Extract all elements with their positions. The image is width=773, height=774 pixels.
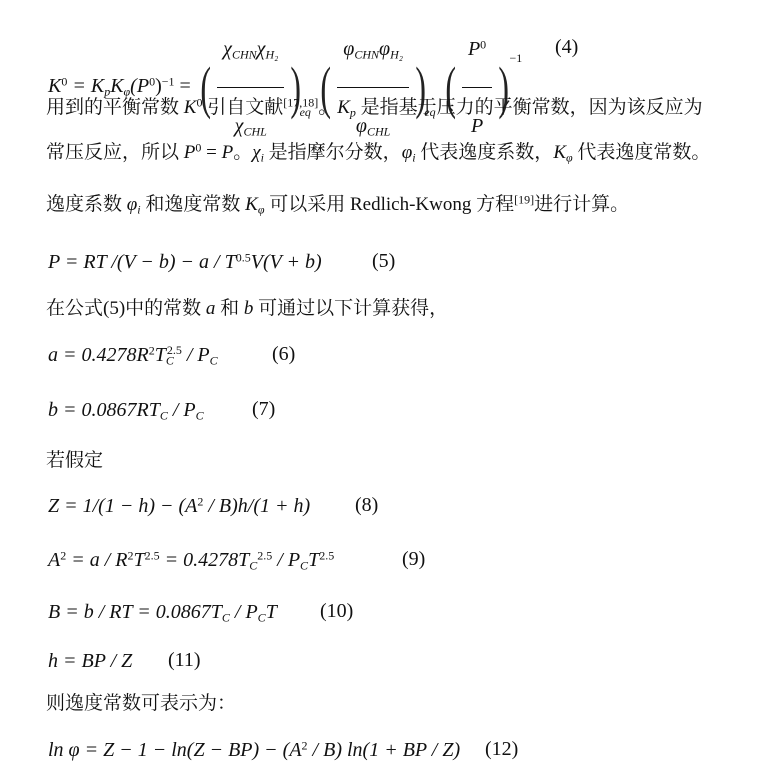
p2-kphi-sub: φ — [566, 151, 573, 165]
p3-kphi: K — [245, 194, 258, 215]
eq6-a: a = 0.4278R — [48, 344, 149, 366]
equation-number-12: (12) — [485, 738, 518, 761]
eq5-sup: 0.5 — [236, 250, 251, 264]
phi-chn-sub: CHN — [354, 48, 379, 62]
p2-phi: φ — [402, 142, 413, 163]
eq7-tail: / P — [168, 399, 196, 421]
equation-4: K0 = KpKφ(P0)−1 = ( χCHNχH₂ χCHL )eq ( φ… — [48, 14, 522, 84]
paragraph-6: 则逸度常数可表示为： — [46, 692, 236, 716]
citation-17-18: [17,18] — [283, 95, 318, 109]
eq4-equals: = — [180, 75, 191, 97]
eq4-p0-close: ) — [155, 75, 162, 97]
p2-p-rhs: P — [222, 142, 234, 163]
chi-chn-sub: CHN — [232, 48, 257, 62]
p3-text-3: 可以采用 Redlich-Kwong 方程 — [264, 194, 514, 215]
eq7-a: b = 0.0867RT — [48, 399, 160, 421]
equation-number-8: (8) — [355, 494, 378, 517]
eq9-sup-c: 2.5 — [145, 548, 160, 562]
paragraph-5: 若假定 — [46, 449, 103, 473]
p1-kp: K — [337, 97, 350, 118]
eq6-tail: / P — [182, 344, 210, 366]
phi-h2: φ — [379, 38, 390, 60]
eq5-tail: V(V + b) — [251, 251, 322, 273]
phi-chl-sub: CHL — [367, 125, 390, 139]
equation-number-9: (9) — [402, 548, 425, 571]
p4-text-1: 在公式(5)中的常数 — [46, 298, 206, 319]
equation-10: B = b / RT = 0.0867TC / PCT — [48, 600, 277, 624]
equation-number-5: (5) — [372, 250, 395, 273]
eq4-kphi: K — [110, 75, 123, 97]
eq9-a: A — [48, 549, 60, 571]
p1-text-1: 用到的平衡常数 — [46, 97, 184, 118]
fraction-phi: φCHNφH₂ φCHL — [337, 14, 409, 161]
eq9-b: = a / R — [66, 549, 127, 571]
eq4-p0: (P — [130, 75, 149, 97]
p0-num: P — [468, 38, 480, 60]
eq12-a: ln φ = Z − 1 − ln(Z − BP) − (A — [48, 739, 302, 761]
eq4-lhs-sup: 0 — [61, 75, 67, 89]
eq6-sup2: 2.5 — [167, 343, 182, 357]
p1-text-3: 。 — [318, 97, 337, 118]
p3-phi: φ — [127, 194, 138, 215]
eq4-lhs: K — [48, 75, 61, 97]
equation-number-6: (6) — [272, 343, 295, 366]
p4-b: b — [244, 298, 254, 319]
chi-chn: χ — [223, 38, 232, 60]
p1-k: K — [184, 97, 197, 118]
p4-a: a — [206, 298, 216, 319]
phi-chn: φ — [343, 38, 354, 60]
fraction-p: P0 P — [462, 14, 492, 161]
eq10-sub-a: C — [222, 611, 230, 625]
eq7-tail-sub: C — [196, 409, 204, 423]
p2-chi: χ — [252, 142, 260, 163]
eq8-text-1: Z = 1/(1 − h) − (A — [48, 495, 197, 517]
p3-text-4: 进行计算。 — [534, 194, 629, 215]
outer-exponent: −1 — [509, 23, 522, 93]
eq9-d: = 0.4278T — [160, 549, 250, 571]
paragraph-4: 在公式(5)中的常数 a 和 b 可通过以下计算获得， — [46, 297, 448, 321]
eq4-p0-exp: −1 — [162, 75, 175, 89]
paragraph-1: 用到的平衡常数 K0 引自文献[17,18]。Kp 是指基于压力的平衡常数，因为… — [46, 96, 703, 120]
p3-text-2: 和逸度常数 — [141, 194, 246, 215]
p4-text-3: 可通过以下计算获得， — [253, 298, 448, 319]
eq6-tail-sub: C — [210, 354, 218, 368]
p3-text-1: 逸度系数 — [46, 194, 127, 215]
phi-h2-sub: H₂ — [390, 48, 403, 62]
eq10-c: T — [266, 601, 277, 623]
eq6-t: T — [155, 344, 166, 366]
equation-11: h = BP / Z — [48, 649, 132, 673]
equation-8: Z = 1/(1 − h) − (A2 / B)h/(1 + h) — [48, 494, 310, 518]
eq10-sub-b: C — [258, 611, 266, 625]
eq12-b: / B) ln(1 + BP / Z) — [308, 739, 461, 761]
p2-text-6: 代表逸度常数。 — [573, 142, 711, 163]
p4-text-2: 和 — [215, 298, 244, 319]
p2-p: P — [184, 142, 196, 163]
eq9-c: T — [134, 549, 145, 571]
eq10-b: / P — [230, 601, 258, 623]
eq4-kp: = K — [72, 75, 104, 97]
equation-6: a = 0.4278R2TC2.5 / PC — [48, 343, 218, 367]
paragraph-3: 逸度系数 φi 和逸度常数 Kφ 可以采用 Redlich-Kwong 方程[1… — [46, 193, 629, 217]
chi-h2-sub: H₂ — [265, 48, 278, 62]
eq9-sup-f: 2.5 — [319, 548, 334, 562]
p2-text-4: 是指摩尔分数， — [264, 142, 402, 163]
p0-num-sup: 0 — [480, 37, 486, 51]
p2-text-1: 常压反应，所以 — [46, 142, 184, 163]
p1-text-4: 是指基于压力的平衡常数，因为该反应为 — [356, 97, 703, 118]
p2-equals: = — [201, 142, 221, 163]
p1-text-2: 引自文献 — [202, 97, 283, 118]
equation-number-7: (7) — [252, 398, 275, 421]
citation-19: [19] — [514, 192, 534, 206]
eq8-text-2: / B)h/(1 + h) — [203, 495, 310, 517]
eq9-sup-d: 2.5 — [257, 548, 272, 562]
p2-text-5: 代表逸度系数， — [416, 142, 554, 163]
equation-7: b = 0.0867RTC / PC — [48, 398, 204, 422]
fraction-chi: χCHNχH₂ χCHL — [217, 14, 284, 161]
p2-kphi: K — [553, 142, 566, 163]
eq9-e: / P — [272, 549, 300, 571]
eq9-sub-e: C — [300, 559, 308, 573]
equation-number-10: (10) — [320, 600, 353, 623]
eq9-f: T — [308, 549, 319, 571]
equation-12: ln φ = Z − 1 − ln(Z − BP) − (A2 / B) ln(… — [48, 738, 460, 762]
equation-5: P = RT /(V − b) − a / T0.5V(V + b) — [48, 250, 322, 274]
equation-number-4: (4) — [555, 36, 578, 59]
chi-chl-sub: CHL — [243, 125, 266, 139]
eq10-a: B = b / RT = 0.0867T — [48, 601, 222, 623]
paragraph-2: 常压反应，所以 P0 = P。χi 是指摩尔分数，φi 代表逸度系数，Kφ 代表… — [46, 141, 710, 165]
eq7-sub-c: C — [160, 409, 168, 423]
equation-9: A2 = a / R2T2.5 = 0.4278TC2.5 / PCT2.5 — [48, 548, 334, 572]
p2-text-3: 。 — [233, 142, 252, 163]
equation-number-11: (11) — [168, 649, 201, 672]
eq5-text: P = RT /(V − b) − a / T — [48, 251, 236, 273]
